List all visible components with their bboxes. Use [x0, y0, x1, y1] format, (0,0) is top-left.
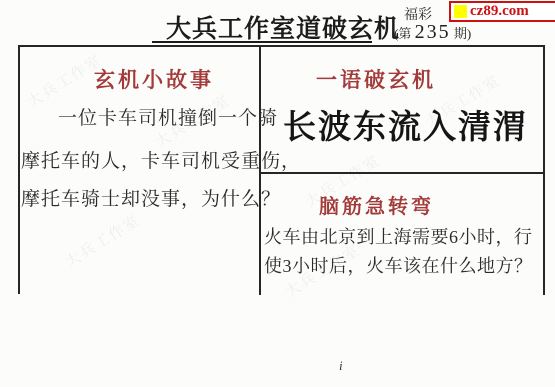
frame-left-border — [18, 45, 20, 294]
page-footer-mark: i — [339, 358, 343, 374]
story-text-line: 一位卡车司机撞倒一个骑 — [58, 103, 278, 130]
teaser-text-line: 火车由北京到上海需要6小时，行 — [264, 223, 533, 249]
page-title: 大兵工作室道破玄机 — [166, 9, 400, 45]
site-logo-badge[interactable]: cz89.com — [449, 1, 555, 22]
frame-top-border — [18, 45, 545, 47]
issue-open: (第 — [394, 26, 411, 41]
issue-close: 期) — [454, 26, 471, 41]
teaser-panel-title: 脑筋急转弯 — [319, 190, 434, 219]
issue-number: 235 — [415, 21, 451, 43]
site-logo-text: cz89.com — [470, 4, 529, 19]
logo-yellow-square-icon — [454, 5, 467, 18]
issue-number-line: (第 235 期) — [394, 21, 471, 44]
story-text-line: 摩托车骑士却没事，为什么？ — [21, 184, 281, 211]
frame-right-horizontal-divider — [259, 172, 545, 174]
watermark-text: 大兵工作室 — [61, 209, 144, 272]
story-text-line: 摩托车的人，卡车司机受重伤， — [21, 146, 301, 173]
mystery-phrase: 长波东流入清渭 — [283, 101, 528, 148]
title-underline — [152, 41, 372, 43]
story-panel-title: 玄机小故事 — [94, 64, 214, 94]
frame-right-border — [543, 45, 545, 295]
scan-page: 大兵工作室 大兵工作室 大兵工作室 大兵工作室 大兵工作室 大兵工作室 大兵工作… — [0, 0, 555, 387]
teaser-text-line: 使3小时后，火车该在什么地方？ — [264, 252, 533, 278]
phrase-panel-title: 一语破玄机 — [316, 64, 436, 94]
